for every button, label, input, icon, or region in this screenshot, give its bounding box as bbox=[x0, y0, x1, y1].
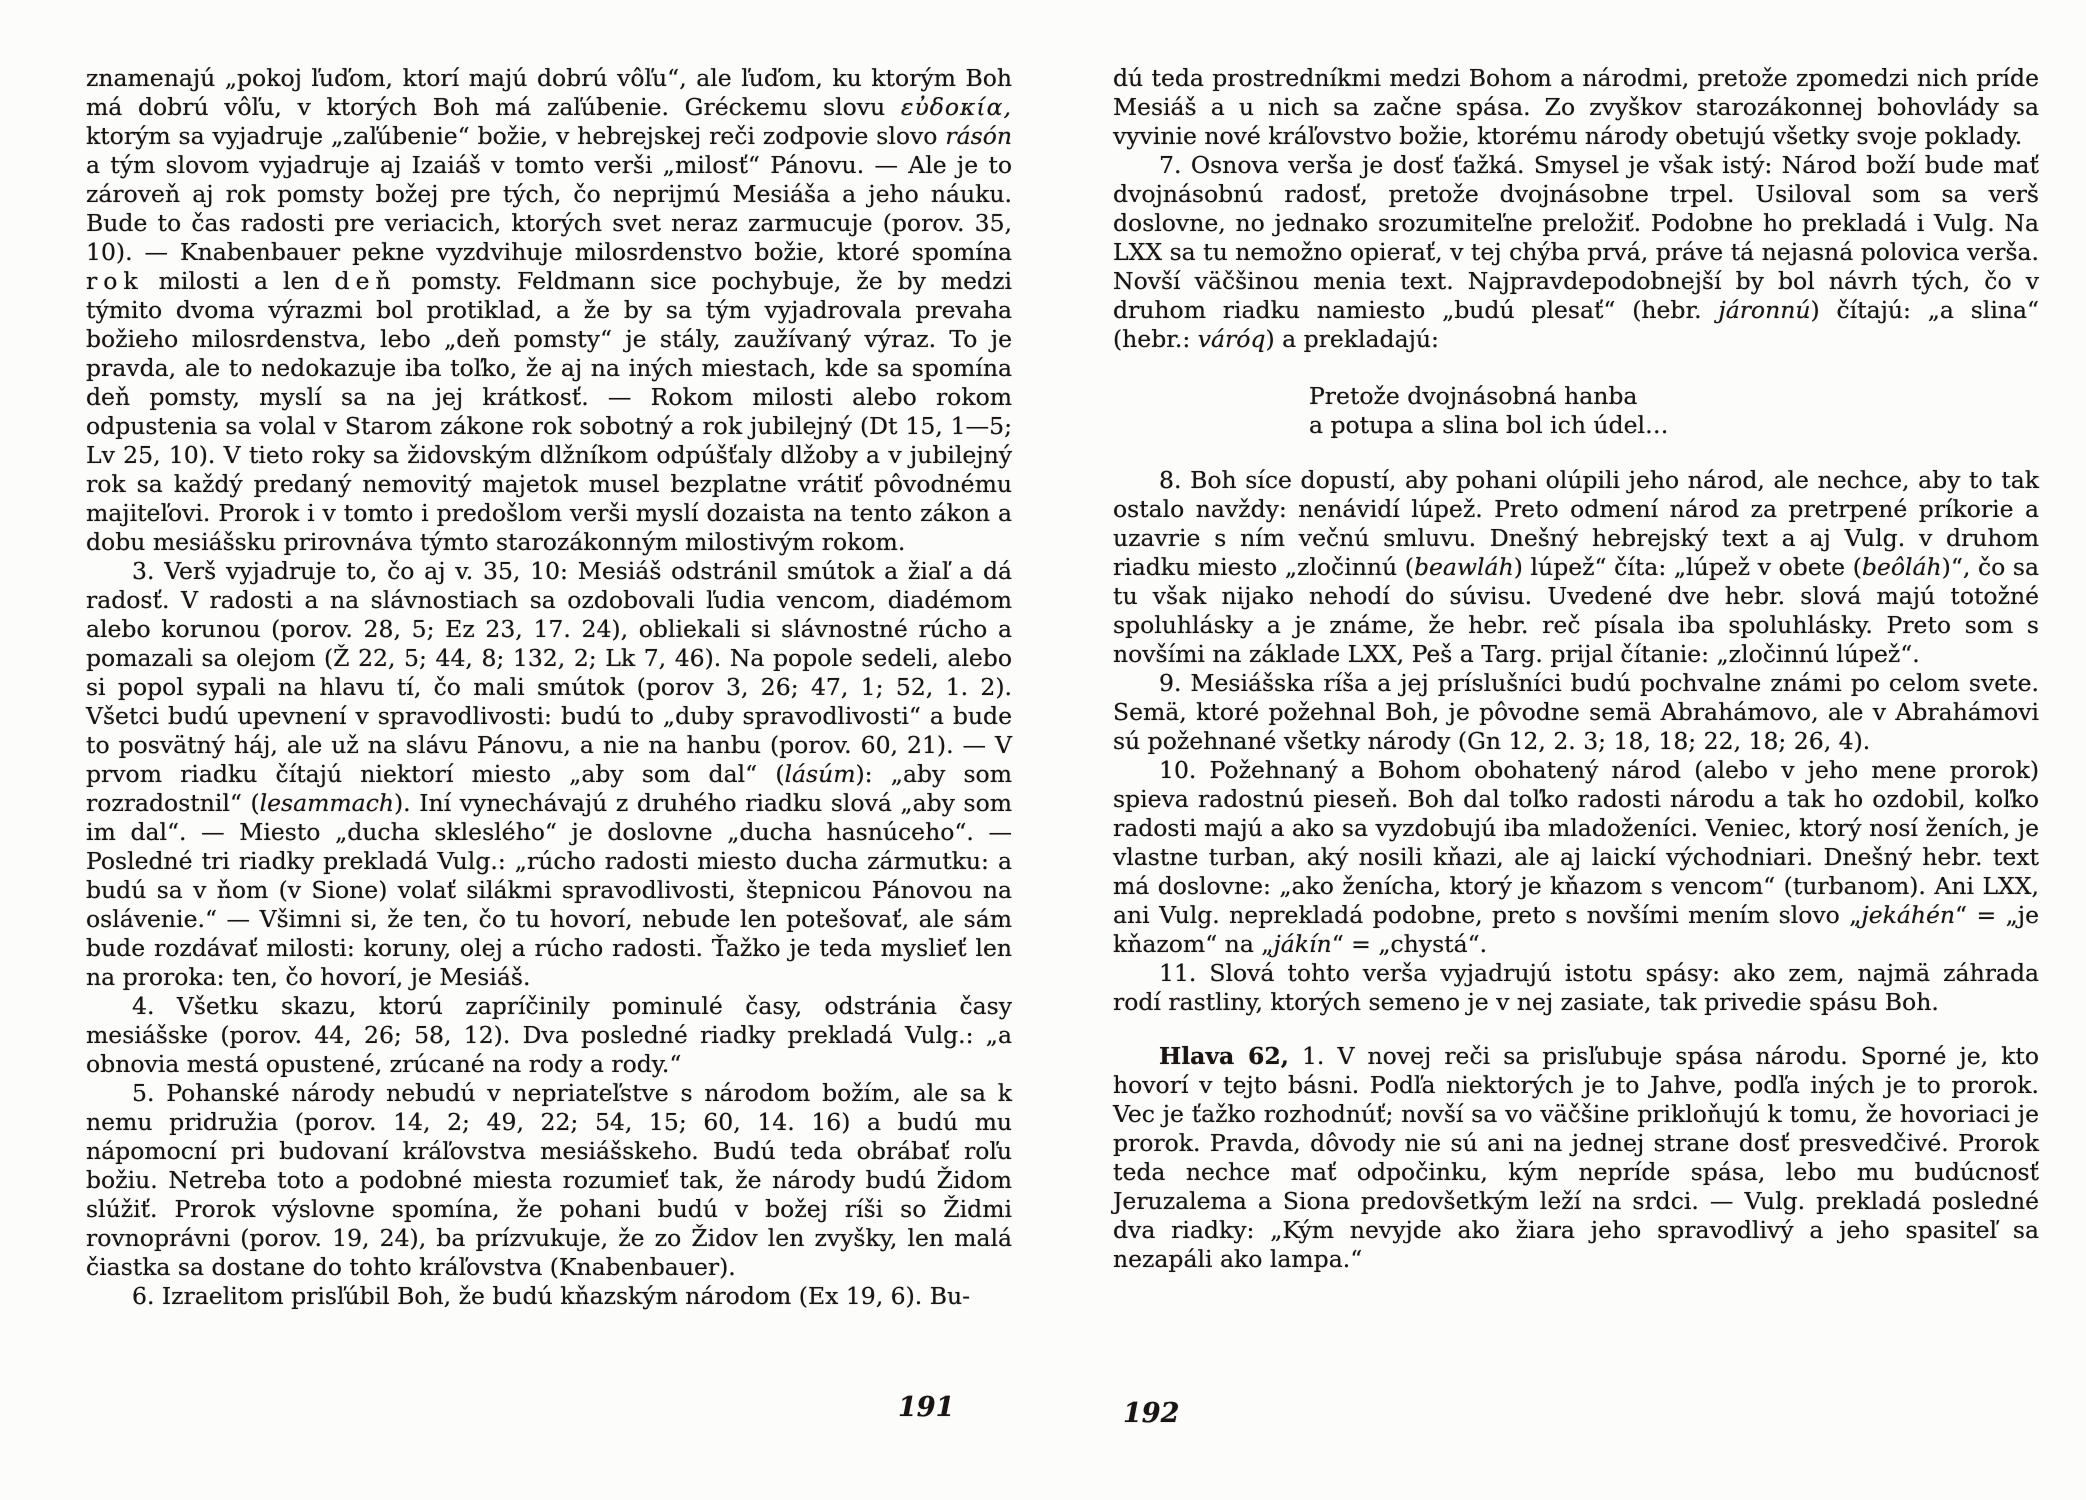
paragraph: 4. Všetku skazu, ktorú zapríčinily pomin… bbox=[86, 992, 1012, 1079]
paragraph: 7. Osnova verša je dosť ťažká. Smysel je… bbox=[1113, 151, 2039, 354]
paragraph: dú teda prostredníkmi medzi Bohom a náro… bbox=[1113, 64, 2039, 151]
paragraph: 3. Verš vyjadruje to, čo aj v. 35, 10: M… bbox=[86, 557, 1012, 992]
page-right: dú teda prostredníkmi medzi Bohom a náro… bbox=[1043, 0, 2086, 1500]
paragraph: 9. Mesiášska ríša a jej príslušníci budú… bbox=[1113, 669, 2039, 756]
text-column-left: znamenajú „pokoj ľuďom, ktorí majú dobrú… bbox=[86, 64, 1012, 1311]
verse-line: a potupa a slina bol ich údel… bbox=[1309, 411, 2039, 440]
verse-quote: Pretože dvojnásobná hanbaa potupa a slin… bbox=[1309, 382, 2039, 440]
paragraph: 11. Slová tohto verša vyjadrujú istotu s… bbox=[1113, 959, 2039, 1017]
paragraph: 10. Požehnaný a Bohom obohatený národ (a… bbox=[1113, 756, 2039, 959]
paragraph: 8. Boh síce dopustí, aby pohani olúpili … bbox=[1113, 466, 2039, 669]
paragraph: 6. Izraelitom prisľúbil Boh, že budú kňa… bbox=[86, 1282, 1012, 1311]
verse-line: Pretože dvojnásobná hanba bbox=[1309, 382, 2039, 411]
page-left: znamenajú „pokoj ľuďom, ktorí majú dobrú… bbox=[0, 0, 1043, 1500]
paragraph: znamenajú „pokoj ľuďom, ktorí majú dobrú… bbox=[86, 64, 1012, 557]
page-number-right: 192 bbox=[1123, 1398, 1179, 1429]
paragraph: Hlava 62, 1. V novej reči sa prisľubuje … bbox=[1113, 1042, 2039, 1274]
text-column-right: dú teda prostredníkmi medzi Bohom a náro… bbox=[1113, 64, 2039, 1274]
page-number-left: 191 bbox=[898, 1392, 954, 1423]
paragraph: 5. Pohanské národy nebudú v nepriateľstv… bbox=[86, 1079, 1012, 1282]
